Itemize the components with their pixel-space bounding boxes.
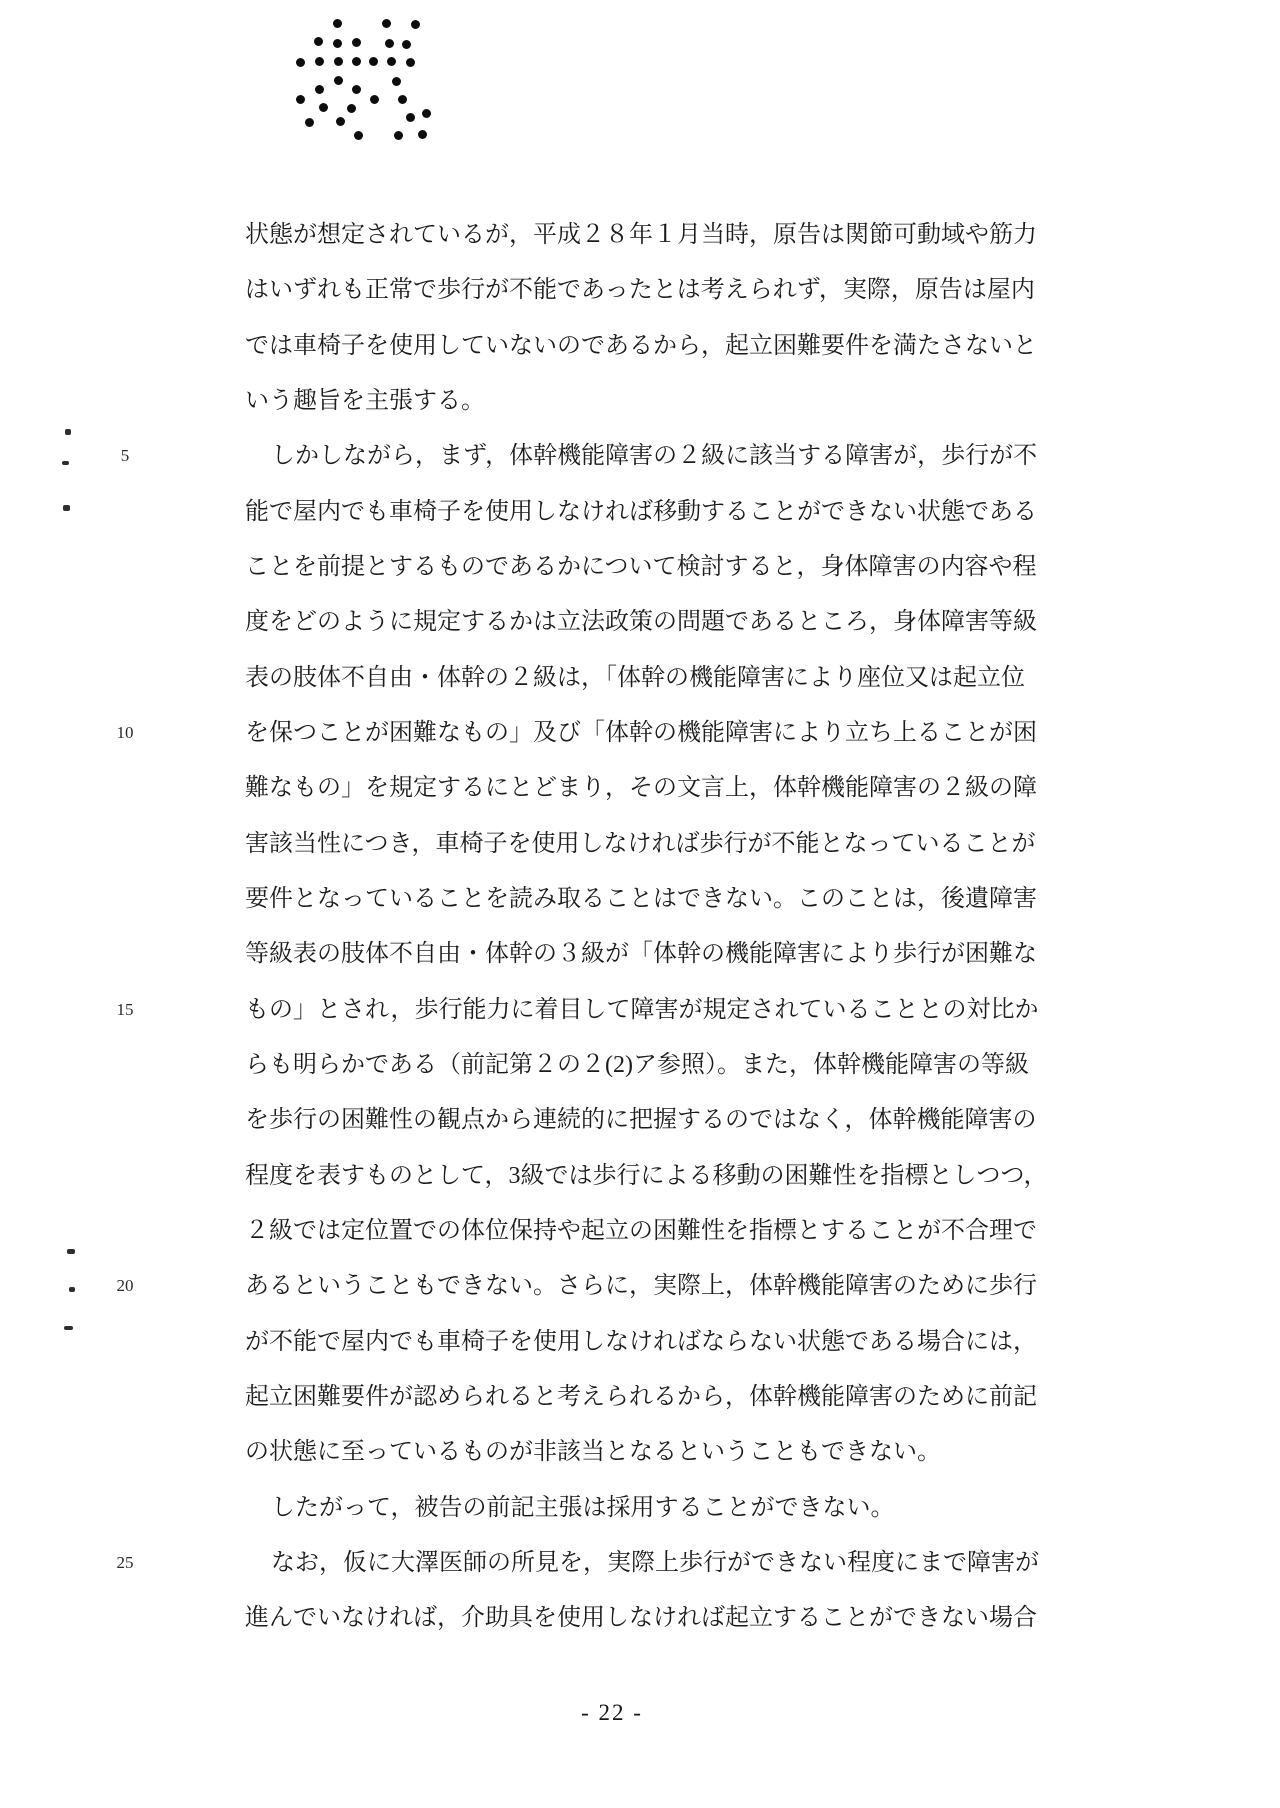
scan-speck (65, 429, 71, 435)
text-line: 起立困難要件が認められると考えられるから，体幹機能障害のために前記 (245, 1382, 1037, 1412)
text-line: ２級では定位置での体位保持や起立の困難性を指標とすることが不合理で (245, 1216, 1037, 1246)
text-line: はいずれも正常で歩行が不能であったとは考えられず，実際，原告は屋内 (245, 275, 1035, 305)
text-line: 等級表の肢体不自由・体幹の３級が「体幹の機能障害により歩行が困難な (245, 939, 1037, 969)
scan-speck (62, 461, 69, 465)
stamp-dot (305, 118, 314, 127)
text-line: が不能で屋内でも車椅子を使用しなければならない状態である場合には， (245, 1327, 1037, 1357)
text-line: しかしながら，まず，体幹機能障害の２級に該当する障害が，歩行が不 (271, 441, 1037, 471)
text-line: の状態に至っているものが非該当となるということもできない。 (245, 1437, 941, 1467)
scanned-court-document-page: 510152025 状態が想定されているが，平成２８年１月当時，原告は関節可動域… (0, 0, 1280, 1808)
text-line: 程度を表すものとして，3級では歩行による移動の困難性を指標としつつ， (245, 1161, 1048, 1191)
text-line: 度をどのように規定するかは立法政策の問題であるところ，身体障害等級 (245, 607, 1037, 637)
text-line: 害該当性につき，車椅子を使用しなければ歩行が不能となっていることが (245, 829, 1036, 859)
stamp-dot (333, 39, 342, 48)
stamp-dot (406, 58, 415, 67)
margin-line-number: 10 (103, 723, 147, 743)
stamp-dot (334, 76, 343, 85)
text-line: では車椅子を使用していないのであるから，起立困難要件を満たさないと (245, 331, 1037, 361)
stamp-dot (394, 131, 403, 140)
text-line: を歩行の困難性の観点から連続的に把握するのではなく，体幹機能障害の (245, 1105, 1037, 1135)
stamp-dot (336, 117, 345, 126)
stamp-dot (296, 95, 305, 104)
stamp-dot (354, 131, 363, 140)
stamp-dot (398, 95, 407, 104)
stamp-dot (382, 19, 391, 28)
scan-speck (63, 505, 70, 511)
text-line: したがって，被告の前記主張は採用することができない。 (271, 1493, 895, 1523)
margin-line-number: 20 (103, 1276, 147, 1296)
stamp-dot (392, 77, 401, 86)
stamp-dot (402, 40, 411, 49)
stamp-dot (319, 103, 328, 112)
stamp-dot (314, 37, 323, 46)
stamp-dot (347, 104, 356, 113)
text-line: を保つことが困難なもの」及び「体幹の機能障害により立ち上ることが困 (245, 718, 1037, 748)
text-line: らも明らかである（前記第２の２(2)ア参照）。また，体幹機能障害の等級 (245, 1050, 1029, 1080)
text-line: いう趣旨を主張する。 (245, 386, 485, 416)
page-number: - 22 - (512, 1700, 712, 1726)
stamp-dot (352, 38, 361, 47)
stamp-dot (315, 85, 324, 94)
stamp-dot (334, 57, 343, 66)
stamp-dot (352, 57, 361, 66)
stamp-dot (406, 113, 415, 122)
stamp-dot (333, 19, 342, 28)
text-line: 進んでいなければ，介助具を使用しなければ起立することができない場合 (245, 1603, 1037, 1633)
stamp-dot (296, 58, 305, 67)
stamp-dot (369, 57, 378, 66)
text-line: なお，仮に大澤医師の所見を，実際上歩行ができない程度にまで障害が (271, 1548, 1039, 1578)
text-line: ことを前提とするものであるかについて検討すると，身体障害の内容や程 (245, 552, 1037, 582)
text-line: あるということもできない。さらに，実際上，体幹機能障害のために歩行 (245, 1271, 1037, 1301)
stamp-dot (422, 109, 431, 118)
margin-line-number: 25 (103, 1553, 147, 1573)
text-line: 要件となっていることを読み取ることはできない。このことは，後遺障害 (245, 884, 1037, 914)
scan-speck (64, 1326, 73, 1330)
stamp-dot (352, 85, 361, 94)
stamp-dot (387, 57, 396, 66)
text-line: もの」とされ，歩行能力に着目して障害が規定されていることとの対比か (245, 995, 1038, 1025)
scan-speck (67, 1249, 75, 1254)
scan-speck (69, 1287, 75, 1292)
text-line: 状態が想定されているが，平成２８年１月当時，原告は関節可動域や筋力 (245, 220, 1037, 250)
stamp-dot (315, 57, 324, 66)
text-line: 能で屋内でも車椅子を使用しなければ移動することができない状態である (245, 497, 1037, 527)
stamp-dot (385, 39, 394, 48)
text-line: 難なもの」を規定するにとどまり，その文言上，体幹機能障害の２級の障 (245, 773, 1037, 803)
text-line: 表の肢体不自由・体幹の２級は，「体幹の機能障害により座位又は起立位 (245, 663, 1025, 693)
stamp-dot (370, 95, 379, 104)
margin-line-number: 5 (103, 446, 147, 466)
margin-line-number: 15 (103, 1000, 147, 1020)
stamp-dot (411, 20, 420, 29)
stamp-dot (418, 130, 427, 139)
